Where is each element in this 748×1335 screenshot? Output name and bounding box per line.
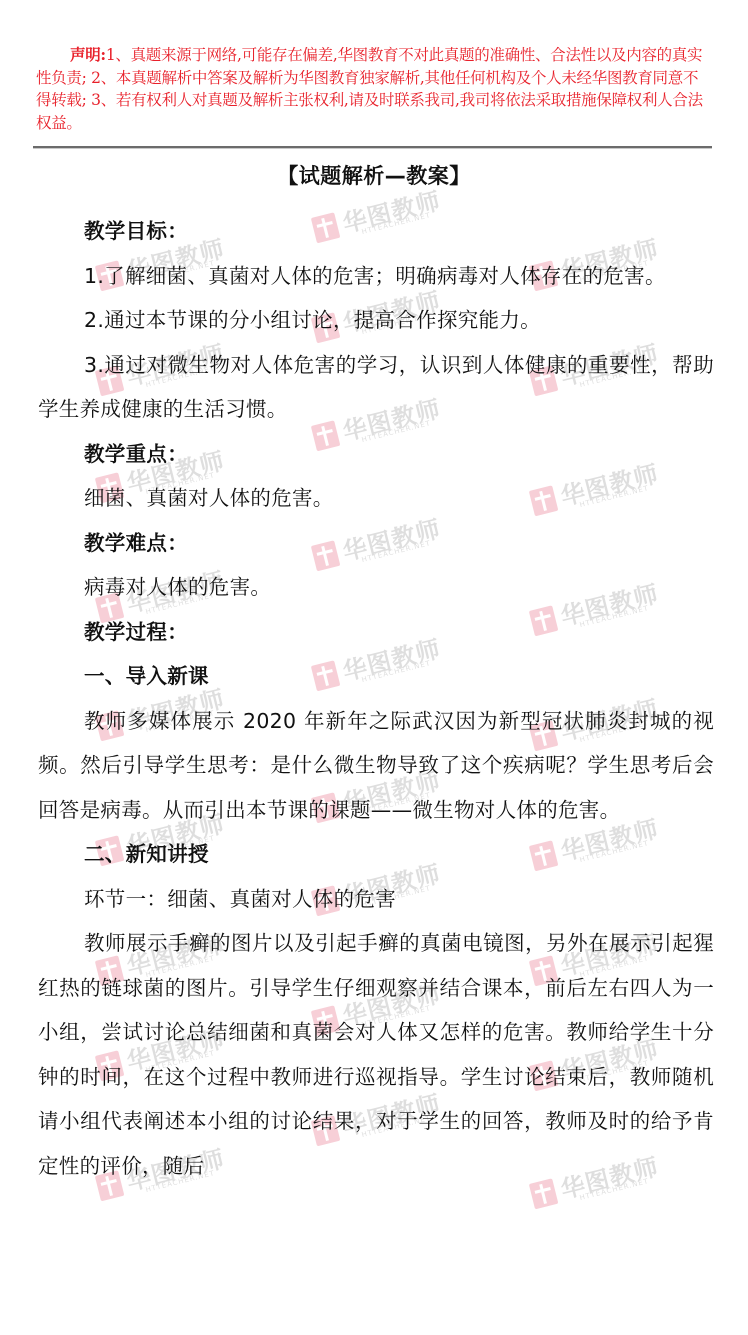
- disclaimer-text: 1、真题来源于网络,可能存在偏差,华图教育不对此真题的准确性、合法性以及内容的真…: [36, 46, 703, 132]
- key-point: 细菌、真菌对人体的危害。: [38, 476, 714, 521]
- step1-heading: 环节一：细菌、真菌对人体的危害: [38, 877, 714, 922]
- part2-heading: 二、新知讲授: [38, 832, 714, 877]
- disclaimer-label: 声明:: [70, 45, 106, 64]
- divider: [33, 146, 712, 149]
- part1-text: 教师多媒体展示 2020 年新年之际武汉因为新型冠状肺炎封城的视频。然后引导学生…: [38, 699, 714, 833]
- difficulty-heading: 教学难点：: [38, 521, 714, 566]
- difficulty: 病毒对人体的危害。: [38, 565, 714, 610]
- disclaimer: 声明:1、真题来源于网络,可能存在偏差,华图教育不对此真题的准确性、合法性以及内…: [36, 44, 712, 134]
- lesson-plan-content: 教学目标： 1.了解细菌、真菌对人体的危害；明确病毒对人体存在的危害。 2.通过…: [38, 209, 714, 1188]
- objectives-heading: 教学目标：: [38, 209, 714, 254]
- step1-text: 教师展示手癣的图片以及引起手癣的真菌电镜图，另外在展示引起猩红热的链球菌的图片。…: [38, 921, 714, 1188]
- process-heading: 教学过程：: [38, 610, 714, 655]
- objective-1: 1.了解细菌、真菌对人体的危害；明确病毒对人体存在的危害。: [38, 254, 714, 299]
- objective-2: 2.通过本节课的分小组讨论，提高合作探究能力。: [38, 298, 714, 343]
- objective-3: 3.通过对微生物对人体危害的学习，认识到人体健康的重要性，帮助学生养成健康的生活…: [38, 343, 714, 432]
- key-point-heading: 教学重点：: [38, 432, 714, 477]
- part1-heading: 一、导入新课: [38, 654, 714, 699]
- document-title: 【试题解析—教案】: [0, 160, 748, 190]
